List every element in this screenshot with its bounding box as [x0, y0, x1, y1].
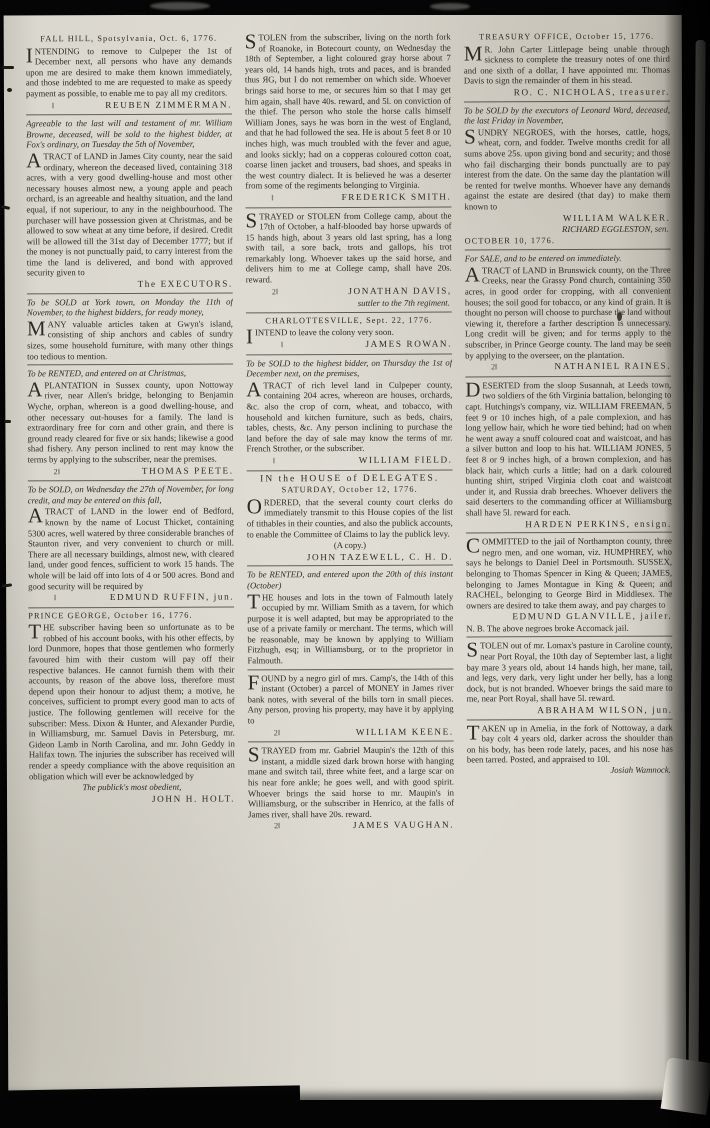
binding-shadow — [664, 0, 710, 1128]
advertisement: Agreeable to the last will and testament… — [26, 118, 233, 290]
advertisement: STRAYED or STOLEN from College camp, abo… — [245, 210, 451, 309]
ad-body: MR. John Carter Littlepage being unable … — [464, 43, 670, 86]
insertion-tally-mark: ‖ — [247, 456, 275, 467]
ad-body: DESERTED from the sloop Susannah, at Lee… — [465, 379, 672, 518]
ad-signature-row: The EXECUTORS. — [27, 279, 233, 290]
insertion-tally-mark: ‖ — [255, 340, 283, 351]
photo-top-band — [0, 0, 710, 15]
ad-signature: HARDEN PERKINS, ensign. — [466, 518, 672, 529]
advertisement: STOLEN out of mr. Lomax's pasture in Car… — [466, 640, 672, 716]
ad-divider-rule — [247, 565, 453, 567]
ad-signature: ABRAHAM WILSON, jun. — [467, 705, 673, 716]
ad-intro: To be SOLD by the executors of Leonard W… — [464, 104, 670, 126]
ad-body: I INTEND to leave the colony very soon. — [246, 327, 452, 338]
ad-body: STRAYED or STOLEN from College camp, abo… — [245, 210, 451, 285]
ad-body: A TRACT of LAND in Brunswick county, on … — [465, 264, 671, 360]
ad-divider-rule — [246, 353, 452, 355]
photo-blotch — [430, 3, 470, 10]
ad-divider-rule — [467, 718, 673, 720]
advertisement: STOLEN from the subscriber, living on th… — [245, 32, 452, 204]
ad-divider-rule — [248, 741, 454, 743]
ad-signature: The EXECUTORS. — [27, 279, 233, 290]
ad-dateline: SATURDAY, October 12, 1776. — [247, 485, 453, 496]
ad-body: COMMITTED to the jail of Northampton cou… — [466, 536, 672, 611]
ad-dateline: CHARLOTTESVILLE, Sept. 22, 1776. — [246, 315, 452, 326]
ink-mark — [7, 88, 12, 92]
ad-divider-rule — [464, 100, 670, 102]
ad-signature: THOMAS PEETE. — [60, 465, 234, 476]
ad-dateline: FALL HILL, Spotsylvania, Oct. 6, 1776. — [26, 33, 232, 44]
ad-divider-rule — [465, 249, 671, 251]
ad-dateline: TREASURY OFFICE, October 15, 1776. — [464, 32, 670, 43]
advertisement: To be SOLD by the executors of Leonard W… — [464, 104, 671, 247]
ad-dateline: PRINCE GEORGE, October 16, 1776. — [28, 610, 234, 621]
insertion-tally-mark: 2‖ — [246, 287, 278, 298]
advertisement: STRAYED from mr. Gabriel Maupin's the 12… — [248, 745, 454, 833]
ad-body: STOLEN out of mr. Lomax's pasture in Car… — [466, 640, 672, 704]
ad-signature-row: JOHN H. HOLT. — [29, 793, 235, 804]
ad-intro: To be RENTED, and entered on at Christma… — [27, 368, 233, 379]
ad-signature-row: 2‖JONATHAN DAVIS, — [246, 285, 452, 297]
ad-note: N. B. The above negroes broke Accomack j… — [466, 622, 672, 633]
advertisement: For SALE, and to be entered on immediate… — [465, 253, 672, 373]
ad-pre-signature: The publick's most obedient, — [29, 782, 235, 793]
ad-intro: To be SOLD to the highest bidder, on Thu… — [246, 357, 452, 379]
ad-sub-signature: Josiah Wamnock. — [467, 765, 671, 776]
advertisement: PRINCE GEORGE, October 16, 1776.THE subs… — [28, 610, 235, 805]
newspaper-column: TREASURY OFFICE, October 15, 1776.MR. Jo… — [464, 31, 675, 1090]
ad-signature-row: WILLIAM WALKER. — [464, 212, 670, 223]
ad-signature-row: EDMUND GLANVILLE, jailer. — [466, 611, 672, 622]
insertion-tally-mark: 2‖ — [28, 467, 60, 478]
advertisement: TAKEN up in Amelia, in the fork of Notto… — [467, 722, 673, 776]
ad-body: INTENDING to remove to Culpeper the 1st … — [26, 45, 232, 99]
ad-divider-rule — [466, 532, 672, 534]
ad-signature-row: ‖WILLIAM FIELD. — [247, 454, 453, 466]
advertisement: To be RENTED, and entered on at Christma… — [27, 368, 233, 478]
ad-signature: EDMUND RUFFIN, jun. — [56, 592, 234, 603]
ad-divider-rule — [465, 375, 671, 377]
ad-body: ORDERED, that the several county court c… — [247, 496, 453, 539]
ad-body: SUNDRY NEGROES, with the horses, cattle,… — [464, 126, 670, 212]
ad-signature-row: 2‖JAMES VAUGHAN. — [248, 820, 454, 832]
ad-header: IN the HOUSE of DELEGATES. — [247, 473, 453, 484]
ink-mark — [617, 312, 622, 321]
advertisement: DESERTED from the sloop Susannah, at Lee… — [465, 379, 672, 529]
ad-body: THE houses and lots in the town of Falmo… — [247, 591, 453, 666]
ad-signature-row: 2‖NATHANIEL RAINES. — [465, 361, 671, 373]
advertisement: To be SOLD to the highest bidder, on Thu… — [246, 357, 452, 467]
ad-body: FOUND by a negro girl of mrs. Camp's, th… — [247, 672, 453, 726]
advertisement: FALL HILL, Spotsylvania, Oct. 6, 1776.IN… — [26, 33, 232, 111]
ad-signature: WILLIAM WALKER. — [464, 212, 670, 223]
ad-body: STRAYED from mr. Gabriel Maupin's the 12… — [248, 745, 454, 820]
ad-divider-rule — [246, 311, 452, 313]
ad-signature: JAMES ROWAN. — [283, 339, 452, 350]
ad-intro: To be SOLD, on Wednesday the 27th of Nov… — [28, 484, 234, 506]
insertion-tally-mark: ‖ — [26, 101, 54, 112]
insertion-tally-mark: 2‖ — [248, 822, 280, 833]
photo-bottom-band — [0, 1100, 710, 1128]
ad-signature: NATHANIEL RAINES. — [497, 361, 671, 372]
advertisement: TREASURY OFFICE, October 15, 1776.MR. Jo… — [464, 32, 670, 98]
ad-dateline-2: OCTOBER 10, 1776. — [465, 235, 671, 246]
ad-body: TAKEN up in Amelia, in the fork of Notto… — [467, 722, 673, 765]
ink-mark — [2, 66, 14, 69]
insertion-tally-mark: 2‖ — [465, 363, 497, 374]
ad-intro: Agreeable to the last will and testament… — [26, 118, 232, 151]
advertisement: To be SOLD at York town, on Monday the 1… — [27, 296, 233, 361]
ad-divider-rule — [245, 206, 451, 208]
ad-body: A PLANTATION in Sussex county, upon Nott… — [27, 379, 233, 465]
ad-signature-row: 2‖THOMAS PEETE. — [28, 465, 234, 477]
ad-signature-row: JOHN TAZEWELL, C. H. D. — [247, 551, 453, 562]
ad-body: THE subscriber having been so unfortunat… — [28, 622, 235, 782]
ad-divider-rule — [466, 636, 672, 638]
advertisement: IN the HOUSE of DELEGATES.SATURDAY, Octo… — [247, 473, 453, 563]
ad-signature-row: ABRAHAM WILSON, jun. — [467, 705, 673, 716]
insertion-tally-mark: 2‖ — [248, 728, 280, 739]
ad-divider-rule — [28, 480, 234, 482]
ad-sub-signature: RICHARD EGGLESTON, sen. — [465, 224, 669, 235]
ad-signature: WILLIAM FIELD. — [275, 454, 453, 465]
ad-signature: REUBEN ZIMMERMAN. — [54, 99, 232, 110]
ad-signature: JOHN H. HOLT. — [29, 793, 235, 804]
ad-signature: RO. C. NICHOLAS, treasurer. — [464, 87, 670, 98]
ad-divider-rule — [27, 292, 233, 294]
ad-body: A TRACT of LAND in the lower end of Bedf… — [28, 506, 234, 592]
ad-body: A TRACT of LAND in James City county, ne… — [26, 150, 233, 278]
advertisement: COMMITTED to the jail of Northampton cou… — [466, 536, 672, 634]
ad-sub-signature: suttler to the 7th regiment. — [246, 298, 450, 309]
ad-body: STOLEN from the subscriber, living on th… — [245, 32, 452, 192]
ink-mark — [4, 420, 11, 423]
insertion-tally-mark: ‖ — [245, 193, 273, 204]
insertion-tally-mark: ‖ — [28, 593, 56, 604]
ad-body: A TRACT of rich level land in Culpeper c… — [246, 379, 452, 454]
ad-divider-rule — [26, 114, 232, 116]
ad-signature-row: RO. C. NICHOLAS, treasurer. — [464, 87, 670, 98]
ad-divider-rule — [27, 364, 233, 366]
ad-intro: To be RENTED, and entered upon the 20th … — [247, 569, 453, 591]
photo-blotch — [150, 2, 210, 10]
ad-signature: EDMUND GLANVILLE, jailer. — [466, 611, 672, 622]
ink-mark — [1, 205, 10, 210]
ad-intro: To be SOLD at York town, on Monday the 1… — [27, 296, 233, 318]
ad-signature: JAMES VAUGHAN. — [280, 820, 454, 831]
ad-divider-rule — [247, 469, 453, 471]
ad-signature: JOHN TAZEWELL, C. H. D. — [247, 551, 453, 562]
ad-intro: For SALE, and to be entered on immediate… — [465, 253, 671, 264]
ad-signature-row: 2‖WILLIAM KEENE. — [248, 726, 454, 738]
advertisement: FOUND by a negro girl of mrs. Camp's, th… — [247, 672, 453, 738]
ad-signature: WILLIAM KEENE. — [280, 726, 454, 737]
newspaper-column: FALL HILL, Spotsylvania, Oct. 6, 1776.IN… — [26, 32, 237, 1091]
ad-divider-rule — [28, 606, 234, 608]
ad-signature: FREDERICK SMITH. — [274, 191, 452, 202]
newspaper-page: FALL HILL, Spotsylvania, Oct. 6, 1776.IN… — [4, 13, 687, 1108]
advertisement: CHARLOTTESVILLE, Sept. 22, 1776.I INTEND… — [246, 315, 452, 351]
ad-divider-rule — [247, 668, 453, 670]
ad-signature-row: ‖REUBEN ZIMMERMAN. — [26, 99, 232, 111]
advertisement: To be SOLD, on Wednesday the 27th of Nov… — [28, 484, 235, 604]
ad-body: MANY valuable articles taken at Gwyn's i… — [27, 318, 233, 361]
ad-signature: JONATHAN DAVIS, — [278, 285, 452, 296]
advertisement: To be RENTED, and entered upon the 20th … — [247, 569, 453, 666]
ad-center-line: (A copy.) — [247, 540, 453, 551]
ad-signature-row: HARDEN PERKINS, ensign. — [466, 518, 672, 529]
ad-signature-row: ‖FREDERICK SMITH. — [245, 191, 451, 203]
ad-signature-row: ‖JAMES ROWAN. — [255, 339, 452, 351]
newspaper-columns: FALL HILL, Spotsylvania, Oct. 6, 1776.IN… — [26, 31, 675, 1092]
newspaper-column: STOLEN from the subscriber, living on th… — [245, 32, 456, 1091]
ad-signature-row: ‖EDMUND RUFFIN, jun. — [28, 592, 234, 604]
